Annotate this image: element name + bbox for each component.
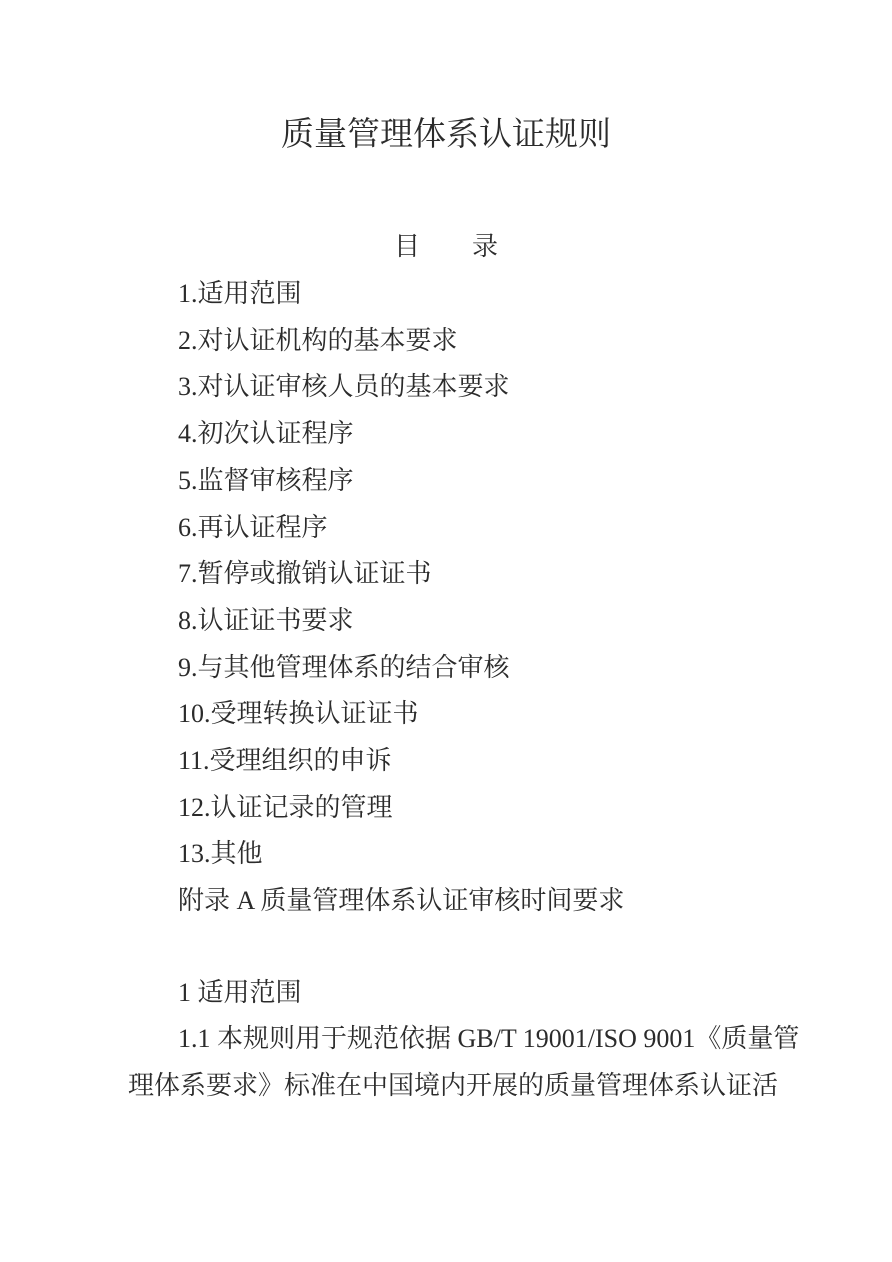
document-title: 质量管理体系认证规则 (0, 114, 892, 156)
toc-item: 4.初次认证程序 (178, 411, 832, 458)
toc-item: 10.受理转换认证证书 (178, 691, 832, 738)
toc-heading: 目 录 (0, 232, 892, 262)
toc-item: 2.对认证机构的基本要求 (178, 318, 832, 365)
toc-item: 6.再认证程序 (178, 505, 832, 552)
toc-item: 9.与其他管理体系的结合审核 (178, 645, 832, 692)
toc-item-appendix: 附录 A 质量管理体系认证审核时间要求 (178, 878, 832, 925)
paragraph-line: 1.1 本规则用于规范依据 GB/T 19001/ISO 9001《质量管 (128, 1016, 812, 1063)
section-heading: 1 适用范围 (178, 970, 302, 1017)
toc-item: 1.适用范围 (178, 271, 832, 318)
toc-item: 13.其他 (178, 831, 832, 878)
toc-item: 11.受理组织的申诉 (178, 738, 832, 785)
toc-item: 7.暂停或撤销认证证书 (178, 551, 832, 598)
toc-item: 3.对认证审核人员的基本要求 (178, 364, 832, 411)
toc-item: 5.监督审核程序 (178, 458, 832, 505)
document-page: 质量管理体系认证规则 目 录 1.适用范围 2.对认证机构的基本要求 3.对认证… (0, 0, 892, 1262)
toc-item: 12.认证记录的管理 (178, 785, 832, 832)
toc-list: 1.适用范围 2.对认证机构的基本要求 3.对认证审核人员的基本要求 4.初次认… (178, 271, 832, 925)
toc-item: 8.认证证书要求 (178, 598, 832, 645)
paragraph-line: 理体系要求》标准在中国境内开展的质量管理体系认证活 (128, 1063, 812, 1110)
body-paragraph: 1.1 本规则用于规范依据 GB/T 19001/ISO 9001《质量管 理体… (128, 1016, 812, 1109)
